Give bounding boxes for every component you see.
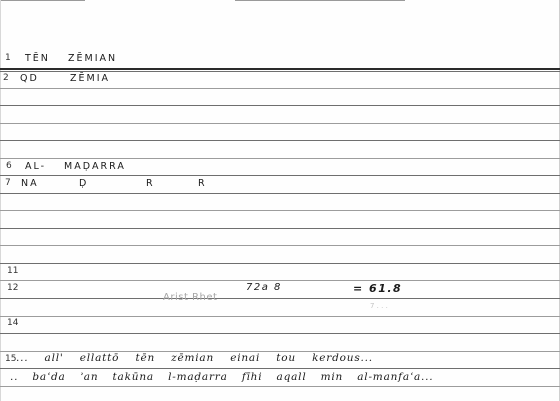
entry-word: R: [198, 178, 207, 189]
ruled-line: [0, 263, 560, 264]
ruled-line: [0, 140, 560, 141]
greek-quotation: ... all' ellattō tēn zēmian einai tou ke…: [16, 352, 373, 364]
arabic-quotation: .. baʿda ʾan takūna l-maḍarra fīhi aqall…: [10, 371, 433, 383]
entry-word: MAḌARRA: [64, 161, 126, 172]
source-stamp: Arist Rhet: [163, 292, 217, 303]
faint-note: 7 . . .: [370, 302, 388, 310]
ruled-line: [0, 368, 560, 369]
page-reference: = 61.8: [353, 282, 402, 295]
ruled-line: [0, 298, 560, 299]
ruled-line: [0, 210, 560, 211]
ruled-line: [0, 193, 560, 194]
entry-word: TĒN: [25, 53, 50, 64]
row-number: 7: [5, 178, 11, 188]
ruled-line: [0, 175, 560, 176]
row-number: 2: [3, 73, 9, 83]
top-edge-line: [0, 0, 85, 1]
index-card: 1 TĒN ZĒMIAN 2 QD ZĒMIA 6 AL- MAḌARRA 7 …: [0, 0, 560, 401]
ruled-line: [0, 228, 560, 229]
ruled-line: [0, 386, 560, 387]
row-number: 15: [5, 354, 16, 364]
ruled-line: [0, 333, 560, 334]
row-number: 11: [7, 266, 18, 276]
entry-word: ZĒMIAN: [68, 53, 117, 64]
row-number: 6: [6, 161, 12, 171]
ruled-line: [0, 280, 560, 281]
entry-word: R: [146, 178, 155, 189]
entry-word: Ḍ: [79, 178, 88, 189]
entry-word: AL-: [25, 161, 46, 172]
ruled-line: [0, 158, 560, 159]
row-number: 12: [7, 283, 18, 293]
row-number: 1: [5, 53, 11, 63]
left-edge: [0, 0, 1, 401]
entry-word: QD: [20, 73, 39, 84]
ruled-line: [0, 316, 560, 317]
ruled-line: [0, 71, 560, 72]
entry-word: NA: [21, 178, 39, 189]
ruled-line: [0, 245, 560, 246]
top-edge-line: [235, 0, 405, 1]
ruled-line: [0, 105, 560, 106]
row-number: 14: [7, 318, 18, 328]
ruled-line: [0, 123, 560, 124]
ruled-line: [0, 88, 560, 89]
source-reference: 72a 8: [246, 282, 282, 293]
entry-word: ZĒMIA: [70, 73, 110, 84]
ruled-line: [0, 68, 560, 70]
